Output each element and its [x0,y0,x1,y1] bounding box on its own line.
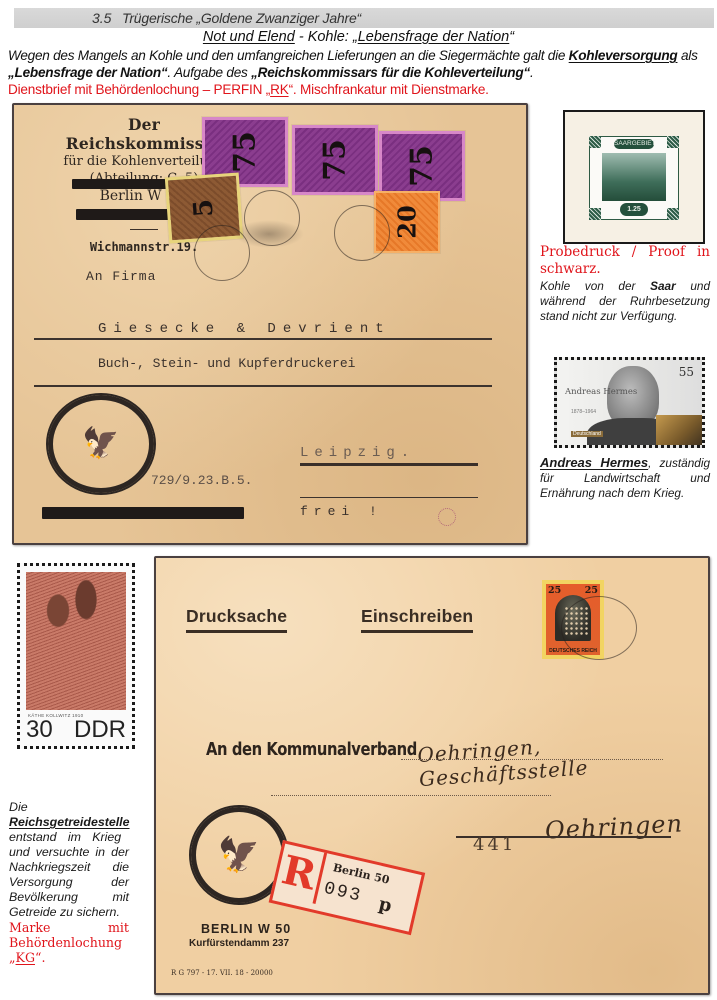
address-rule [34,385,492,387]
ornament-corner [667,208,679,220]
addressee-printed: An den Kommunalverband [206,739,417,760]
divider [130,229,158,230]
postmark [561,596,637,660]
addressee-handwritten: Oehringen, Geschäftsstelle [417,723,710,791]
term-kohleversorgung: Kohleversorgung [569,48,678,63]
term-reichskommissar: „Reichskommissars für die Kohleverteilun… [251,65,530,80]
registration-suffix: p [377,894,394,917]
print-code: R G 797 - 17. VII. 18 - 20000 [171,969,273,977]
hermes-name: Andreas Hermes [540,455,648,470]
registration-number: 093 [322,879,364,907]
postage-free-note: frei ! [300,504,383,519]
envelope-reichskommissar: Der Reichskommissar für die Kohlenvertei… [12,103,528,545]
recipient-trade: Buch-, Stein- und Kupferdruckerei [98,356,355,371]
inset-photo [656,415,702,445]
hermes-caption: Andreas Hermes, zuständig für Landwirtsc… [540,455,710,501]
number-handwritten: 441 [473,834,516,855]
stamp-banner: SAARGEBIET [614,139,654,149]
postmark [334,205,390,261]
sender-street: Kurfürstendamm 237 [189,938,289,949]
cancellation-ink [234,220,304,248]
stamp-frame: SAARGEBIET 1.25 [589,136,679,220]
envelope-reichsgetreidestelle: Drucksache Einschreiben 25 25 DEUTSCHES … [154,556,710,995]
stamp-country: DDR [74,716,126,744]
salutation: An Firma [86,269,156,284]
proof-caption: Probedruck / Proof in schwarz. Kohle von… [540,244,710,324]
mother-child-artwork [26,572,126,710]
section-header-bar: 3.5 Trügerische „Goldene Zwanziger Jahre… [14,8,714,28]
stamp-name: Andreas Hermes [565,388,637,397]
sender-city: BERLIN W 50 [201,922,291,936]
ornament-corner [589,136,601,148]
stamp-value: 55 [679,365,694,379]
stamp-value: 30 [26,716,53,744]
redaction-bar [76,209,176,220]
city-handwritten: Oehringen [544,809,683,844]
recipient-city: Leipzig. [300,445,415,461]
proof-caption-text: Kohle von der Saar und während der Ruhrb… [540,279,710,324]
eagle-icon: 🦅 [218,838,260,872]
term-reichsgetreidestelle: Reichsgetreidestelle [9,815,130,829]
reichsgetreidestelle-caption: Die Reichsgetreidestelle entstand im Kri… [9,800,129,965]
cover-description: Dienstbrief mit Behördenlochung – PERFIN… [8,82,714,97]
subtitle-not-und-elend: Not und Elend [203,29,295,45]
address-rule [300,497,478,498]
term-lebensfrage: „Lebensfrage der Nation“ [8,65,167,80]
label-einschreiben: Einschreiben [361,606,473,633]
stamp-value: 1.25 [620,203,648,216]
stamp-years: 1878–1964 [571,409,596,415]
ornament-corner [589,208,601,220]
subtitle-lebensfrage: Lebensfrage der Nation [358,29,510,45]
intro-paragraph: Wegen des Mangels an Kohle und den umfan… [8,47,714,81]
saar-proof-stamp-image: SAARGEBIET 1.25 [563,110,705,244]
proof-caption-red: Probedruck / Proof in schwarz. [540,244,710,278]
address-rule [300,463,478,466]
perfin-rk: RK [270,82,288,97]
recipient-name: Giesecke & Devrient [98,321,391,337]
redaction-bar [42,507,244,519]
reference-number: 729/9.23.B.5. [151,473,252,488]
address-rule [271,795,551,796]
stamp-75-purple-2: 75 [292,125,378,195]
ddr-kollwitz-stamp-image: KÄTHE KOLLWITZ 1910 30 DDR [17,563,135,749]
stamp-country: Deutschland [571,431,603,437]
mine-headframe-scene [602,153,666,201]
official-seal-reichskommissar: 🦅 [46,393,156,495]
label-drucksache: Drucksache [186,606,287,633]
page-subtitle: Not und Elend - Kohle: „Lebensfrage der … [0,29,717,45]
registration-mark: R [274,844,328,904]
registration-label: R Berlin 50 093 p [269,840,426,935]
andreas-hermes-stamp-image: Andreas Hermes 1878–1964 55 Deutschland [554,357,705,448]
address-rule [401,759,663,760]
address-rule [34,338,492,340]
section-number: 3.5 [92,10,111,26]
perfin-kg-note: Marke mit Behördenlochung „KG“. [9,920,129,965]
ornament-corner [667,136,679,148]
section-title: Trügerische „Goldene Zwanziger Jahre“ [122,10,361,26]
eagle-icon: 🦅 [82,429,119,459]
small-handstamp [438,508,456,526]
